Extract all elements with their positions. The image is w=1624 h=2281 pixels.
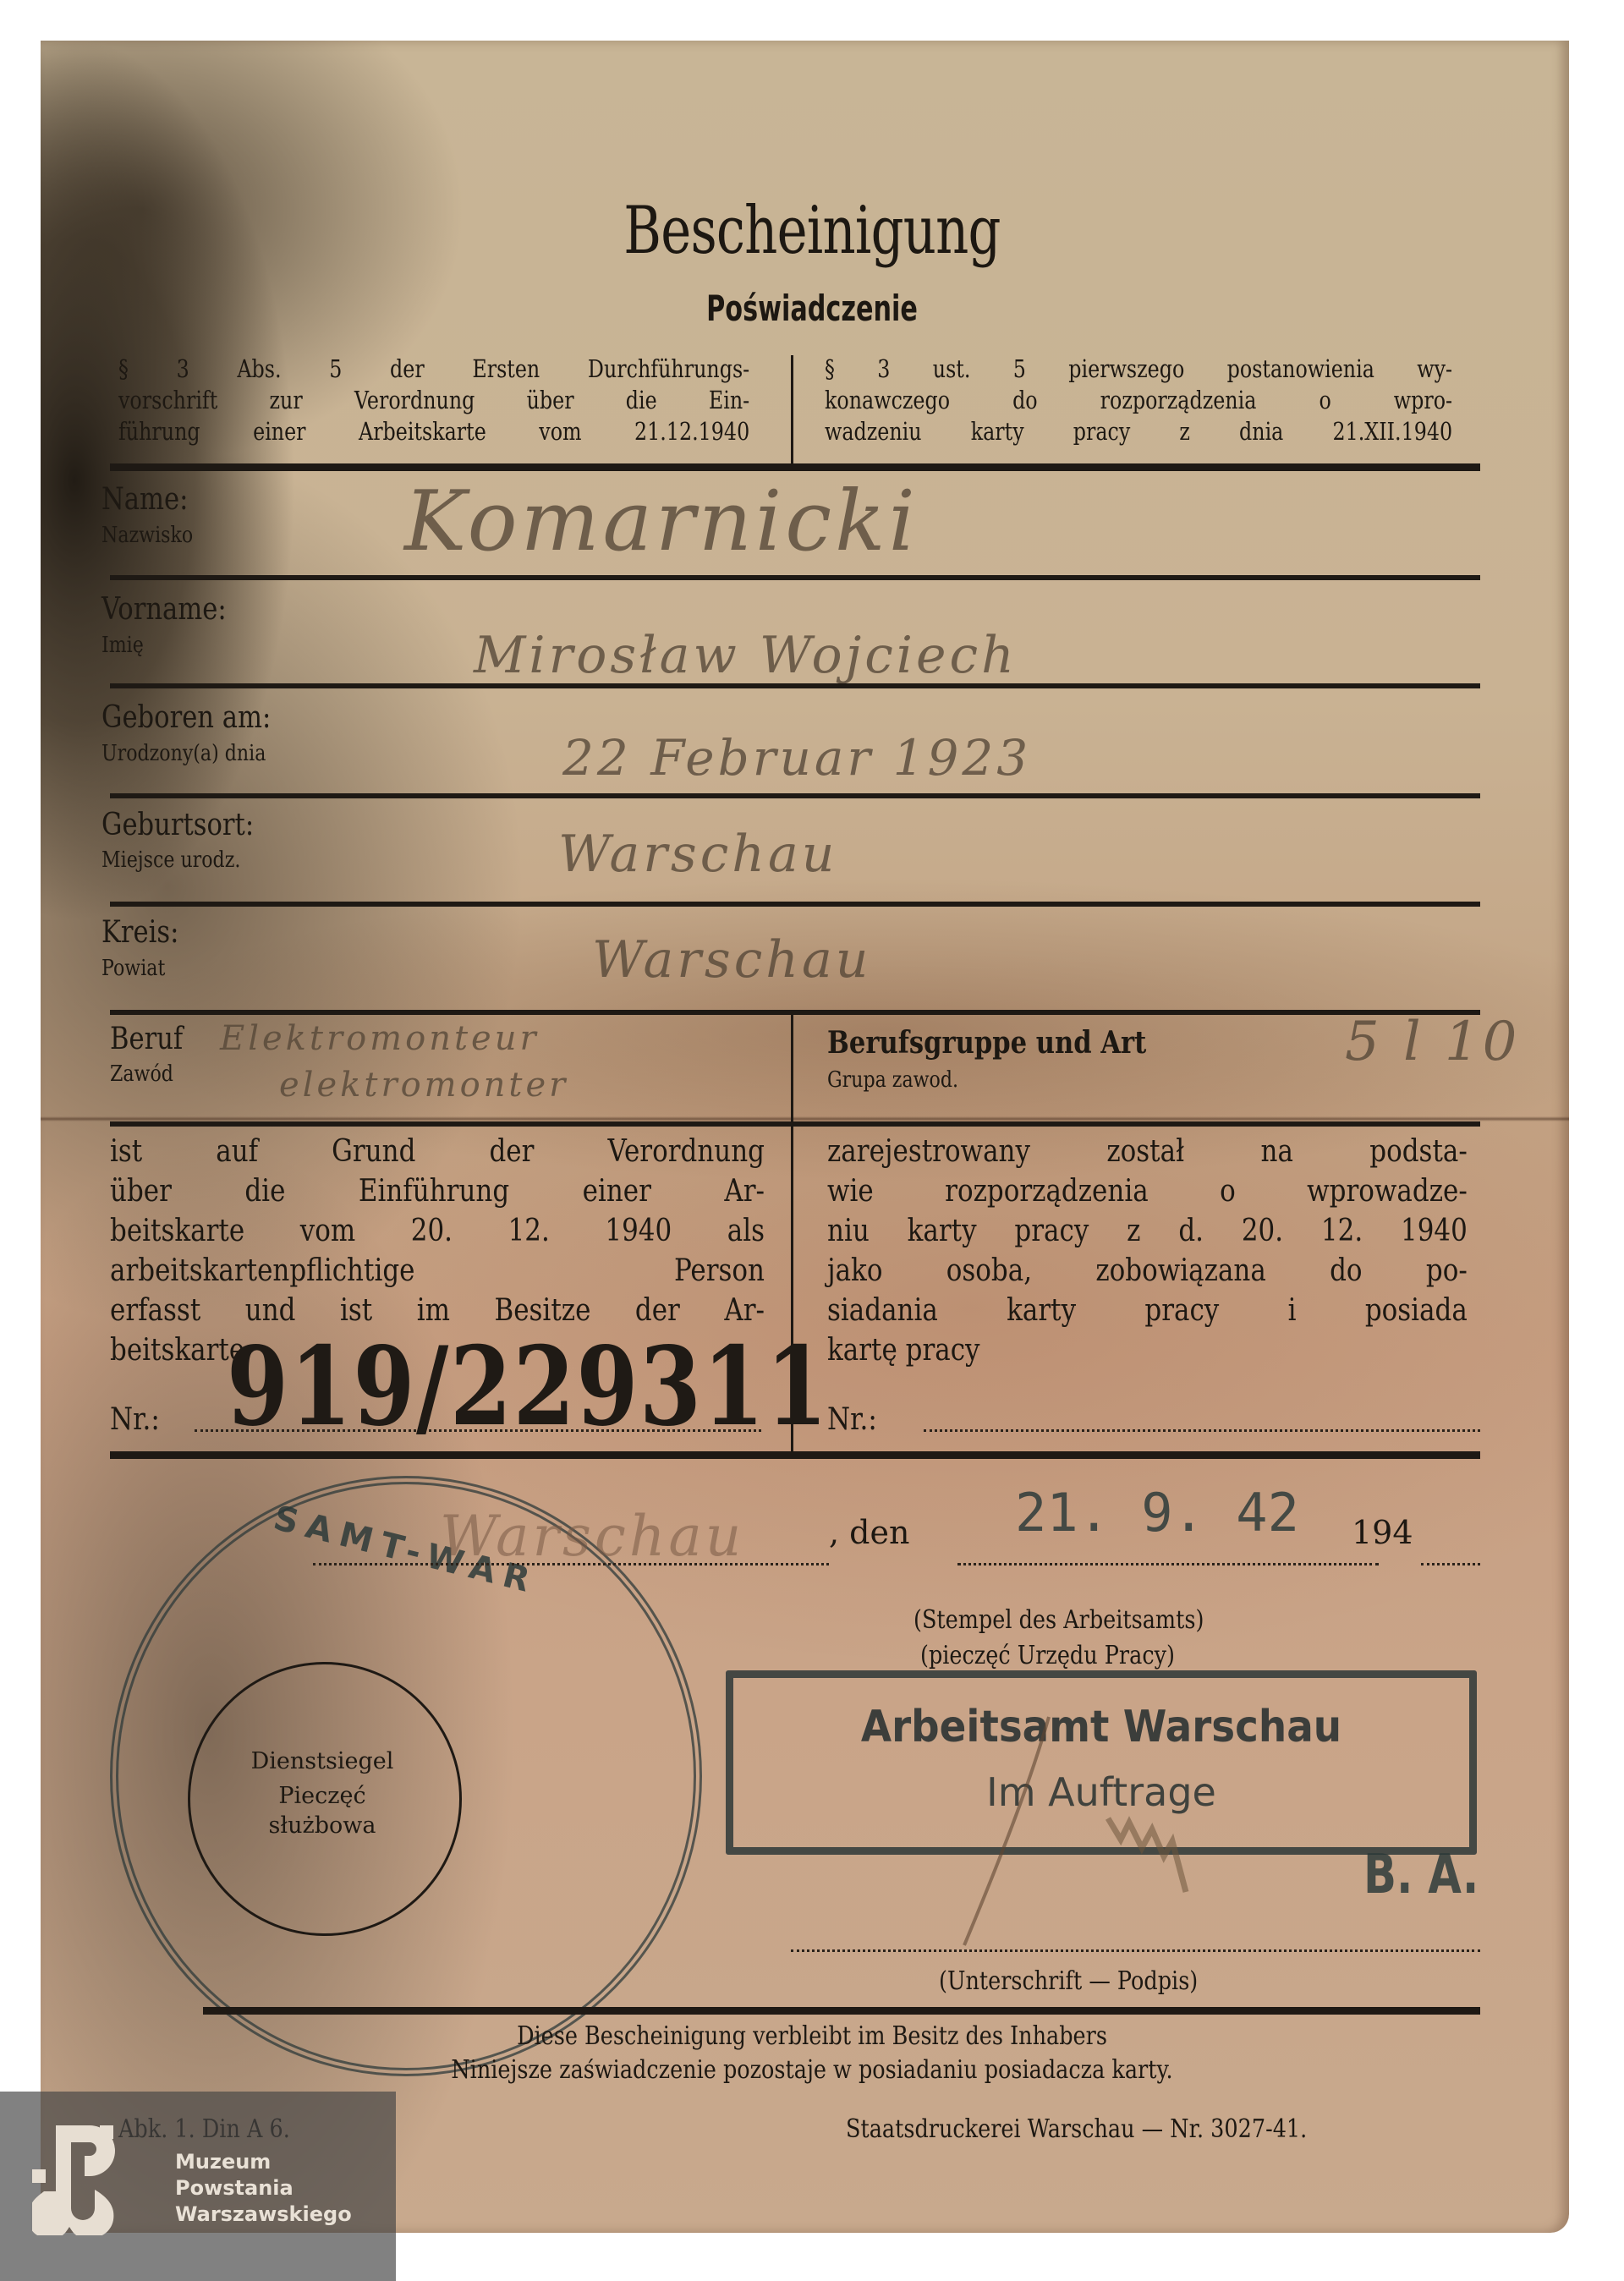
label-birthplace-pl: Miejsce urodz. bbox=[101, 847, 240, 873]
label-occupation-group-de: Berufsgruppe und Art bbox=[827, 1025, 1146, 1061]
rule bbox=[110, 902, 1480, 907]
den-label: , den bbox=[829, 1514, 909, 1551]
seal-text-pl-2: służbowa bbox=[188, 1811, 457, 1840]
card-nr-line-pl bbox=[924, 1429, 1480, 1432]
retention-note-de: Diese Bescheinigung verbleibt im Besitz … bbox=[122, 2021, 1502, 2051]
signature-line bbox=[791, 1949, 1480, 1952]
value-occupation-de: Elektromonteur bbox=[220, 1019, 540, 1058]
seal-text-de: Dienstsiegel bbox=[188, 1746, 457, 1776]
value-firstname: Mirosław Wojciech bbox=[474, 626, 1018, 685]
label-birthplace-de: Geburtsort: bbox=[101, 808, 254, 842]
header-rule bbox=[110, 463, 1480, 471]
footer-rule bbox=[203, 2007, 1480, 2015]
document-subtitle: Poświadczenie bbox=[228, 288, 1396, 329]
label-occupation-group-pl: Grupa zawod. bbox=[827, 1067, 958, 1093]
label-district-de: Kreis: bbox=[101, 915, 178, 950]
rule bbox=[110, 793, 1480, 798]
label-occupation-pl: Zawód bbox=[110, 1061, 173, 1087]
document-title: Bescheinigung bbox=[178, 193, 1446, 269]
label-name-de: Name: bbox=[101, 482, 188, 517]
legal-reference-pl: § 3 ust. 5 pierwszego postanowienia wy- … bbox=[825, 354, 1590, 447]
label-birthdate-de: Geboren am: bbox=[101, 700, 271, 735]
signature-caption: (Unterschrift — Podpis) bbox=[939, 1966, 1198, 1996]
value-issue-place: Warschau bbox=[440, 1504, 744, 1569]
label-firstname-pl: Imię bbox=[101, 633, 144, 658]
label-card-nr-de: Nr.: bbox=[110, 1400, 160, 1439]
value-occupation-pl: elektromonter bbox=[279, 1066, 568, 1105]
value-issue-date: 21. 9. 42 bbox=[1015, 1482, 1299, 1544]
value-occupation-group: 5 l 10 bbox=[1345, 1011, 1520, 1073]
printer-imprint: Staatsdruckerei Warschau — Nr. 3027-41. bbox=[846, 2114, 1307, 2144]
rule bbox=[110, 575, 1480, 580]
stamp-caption-pl: (pieczęć Urzędu Pracy) bbox=[920, 1641, 1175, 1670]
label-district-pl: Powiat bbox=[101, 956, 165, 981]
value-surname: Komarnicki bbox=[404, 474, 919, 570]
stamp-caption-de: (Stempel des Arbeitsamts) bbox=[913, 1605, 1204, 1635]
kotwica-anchor-icon bbox=[32, 2125, 125, 2235]
statement-rule bbox=[110, 1451, 1480, 1459]
label-occupation-de: Beruf bbox=[110, 1022, 183, 1056]
label-card-nr-pl: Nr.: bbox=[827, 1400, 877, 1439]
rule bbox=[110, 1121, 1480, 1127]
seal-text-pl-1: Pieczęć bbox=[188, 1781, 457, 1811]
column-divider bbox=[791, 355, 793, 465]
handwritten-signature bbox=[913, 1700, 1269, 1954]
retention-note-pl: Niniejsze zaświadczenie pozostaje w posi… bbox=[122, 2055, 1502, 2085]
label-firstname-de: Vorname: bbox=[101, 592, 227, 627]
year-line bbox=[1421, 1563, 1480, 1565]
label-birthdate-pl: Urodzony(a) dnia bbox=[101, 741, 266, 766]
year-prefix: 194 bbox=[1352, 1514, 1413, 1551]
rule bbox=[110, 683, 1480, 688]
legal-reference-de: § 3 Abs. 5 der Ersten Durchführungs- vor… bbox=[118, 354, 888, 447]
value-district: Warschau bbox=[592, 930, 871, 990]
date-line bbox=[957, 1563, 1379, 1565]
initials-stamp: B. A. bbox=[1363, 1844, 1479, 1906]
label-name-pl: Nazwisko bbox=[101, 523, 193, 548]
value-birthplace: Warschau bbox=[558, 825, 837, 884]
value-birthdate: 22 Februar 1923 bbox=[562, 729, 1031, 787]
rule bbox=[110, 1010, 1480, 1015]
card-number: 919/229311 bbox=[227, 1324, 829, 1450]
statement-pl: zarejestrowany został na podsta- wie roz… bbox=[827, 1132, 1572, 1370]
museum-name: Muzeum Powstania Warszawskiego bbox=[175, 2149, 352, 2228]
